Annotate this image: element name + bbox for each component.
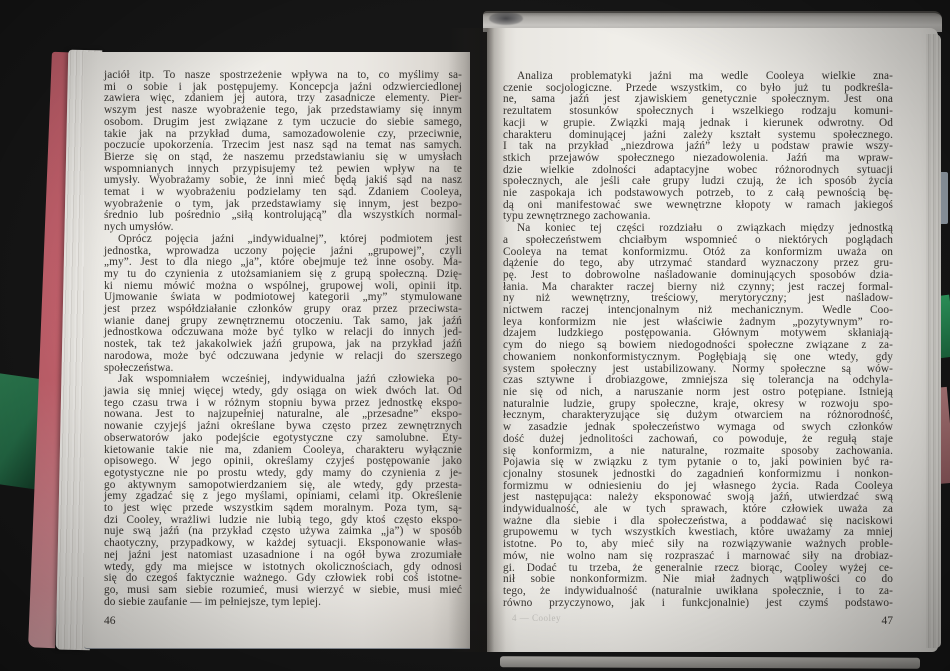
text-line: egotystyczne nie po prostu wtedy, gdy ma… — [104, 468, 462, 480]
book-photo: jaciół itp. To nasze spostrzeżenie wpływ… — [0, 0, 950, 671]
text-line: temat i w wyobrażeniu podzielamy ten sąd… — [104, 187, 462, 199]
text-line: jest przez współdziałanie członków grupy… — [104, 304, 462, 316]
text-line: chowaniem nonkonformistycznym. Pogłębiaj… — [503, 352, 893, 364]
text-line: osobom. Drugim jest związane z tym uczuc… — [104, 117, 462, 129]
right-page-bottom-edge — [500, 656, 920, 668]
paragraph: Jak wspomniałem wcześniej, indywidualna … — [104, 374, 462, 608]
text-line: cjonalny stosunek jednostki do zagadnień… — [503, 469, 893, 481]
paragraph: jaciół itp. To nasze spostrzeżenie wpływ… — [104, 70, 462, 234]
text-line: Oprócz pojęcia jaźni „indywidualnej”, kt… — [104, 234, 462, 246]
right-page-stack-edges — [926, 34, 941, 648]
right-page-text: Analiza problematyki jaźni ma wedle Cool… — [503, 71, 893, 609]
text-line: nictwem raczej intencjonalnym niż mechan… — [503, 305, 893, 317]
text-line: my tu do czynienia z utożsamianiem się z… — [104, 269, 462, 281]
paragraph: Na koniec tej części rozdziału o związka… — [503, 223, 893, 609]
paragraph: Oprócz pojęcia jaźni „indywidualnej”, kt… — [104, 234, 462, 374]
text-line: kacji w grupie. Związki mają jednak i ki… — [503, 118, 893, 130]
text-line: narodowa, może być odczuwana jedynie w r… — [104, 351, 462, 363]
stamp-smudge — [489, 12, 523, 25]
left-page-text: jaciół itp. To nasze spostrzeżenie wpływ… — [104, 70, 462, 608]
text-line: równo przyczynowo, jak i funkcjonalnie) … — [503, 598, 893, 610]
text-line: to jest więc przede wszystkim sądem mora… — [104, 503, 462, 515]
text-line: go, musi sam siebie rozumieć, musi wierz… — [104, 585, 462, 597]
text-line: a społeczeństwem chciałbym wspomnieć o n… — [503, 235, 893, 247]
text-line: stkich przejawów społecznego niezadowole… — [503, 153, 893, 165]
text-line: obserwatorów jako podejście egotystyczne… — [104, 433, 462, 445]
text-line: mów, nie wolno nam się rozpraszać i marn… — [503, 551, 893, 563]
text-line: pę. Jest to dobrowolne naśladowanie domi… — [503, 270, 893, 282]
text-line: dość dużej jednolitości zachowań, co pow… — [503, 434, 893, 446]
text-line: tego, że indywidualność (naturalnie uwik… — [503, 586, 893, 598]
text-line: jaciół itp. To nasze spostrzeżenie wpływ… — [104, 70, 462, 82]
page-number-right: 47 — [503, 615, 893, 627]
text-line: indywidualność, ale w tych sprawach, któ… — [503, 504, 893, 516]
text-line: Bierze się on stąd, że naszemu przedstaw… — [104, 152, 462, 164]
text-line: nie zaspokaja ich podstawowych potrzeb, … — [503, 188, 893, 200]
page-number-left: 46 — [104, 615, 116, 627]
paragraph: Analiza problematyki jaźni ma wedle Cool… — [503, 71, 893, 223]
text-line: nej jaźni jest natomiast uzasadnione i n… — [104, 550, 462, 562]
text-line: Analiza problematyki jaźni ma wedle Cool… — [503, 71, 893, 83]
text-line: jawia się mniej więcej wtedy, gdy osiąga… — [104, 386, 462, 398]
text-line: do siebie zaufanie — im pełniejsze, tym … — [104, 597, 462, 609]
text-line: nie się od nich, a naruszanie norm jest … — [503, 387, 893, 399]
